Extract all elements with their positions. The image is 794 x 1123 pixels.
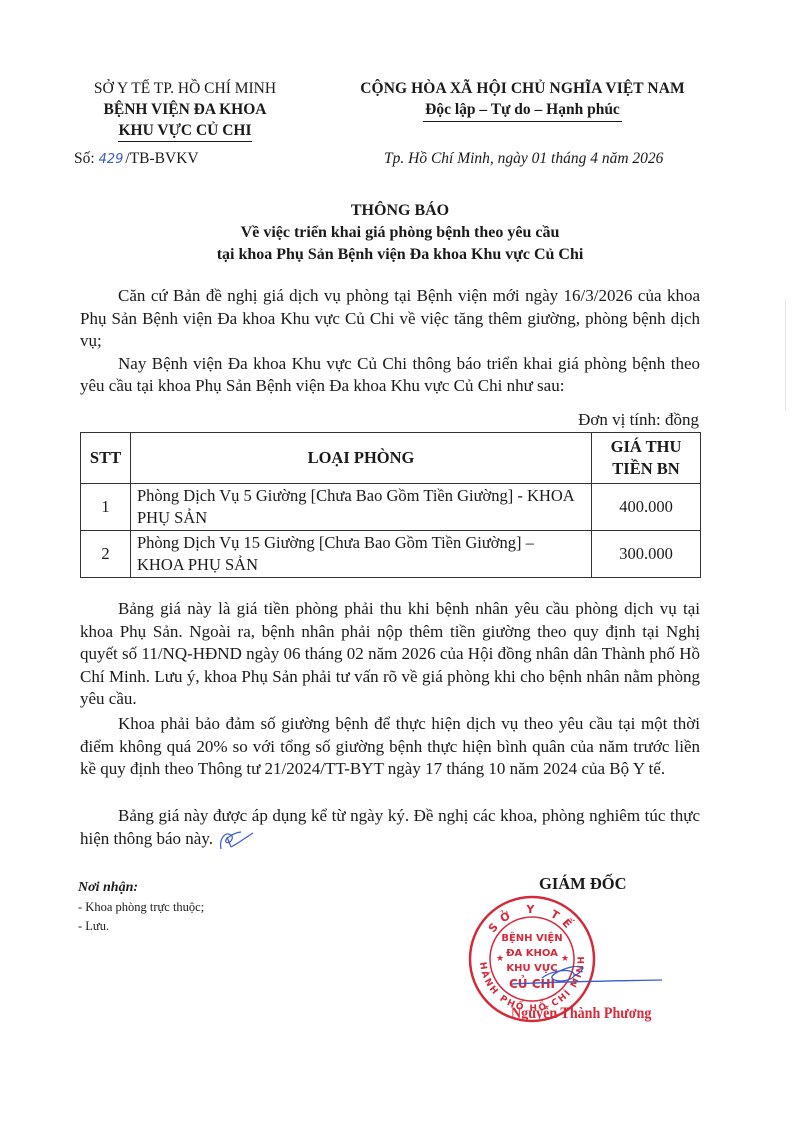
svg-text:★: ★ [561,953,569,963]
hospital-name-line1: BỆNH VIỆN ĐA KHOA [70,99,300,120]
paragraph-bed-limit: Khoa phải bảo đảm số giường bệnh để thực… [80,713,700,781]
signer-name: Nguyễn Thành Phương [511,1005,651,1023]
svg-text:BỆNH VIỆN: BỆNH VIỆN [501,931,562,944]
header-price: GIÁ THU TIỀN BN [592,433,701,484]
unit-label: Đơn vị tính: đồng [578,410,699,430]
nation-name: CỘNG HÒA XÃ HỘI CHỦ NGHĨA VIỆT NAM [315,78,730,99]
row-stt: 2 [81,531,131,578]
header-price-line1: GIÁ THU [611,437,682,456]
table-row: 1 Phòng Dịch Vụ 5 Giường [Chưa Bao Gồm T… [81,484,701,531]
national-header: CỘNG HÒA XÃ HỘI CHỦ NGHĨA VIỆT NAM Độc l… [315,78,730,122]
paragraph-price-note: Bảng giá này là giá tiền phòng phải thu … [80,598,700,711]
doc-number-suffix: /TB-BVKV [125,150,198,167]
recipients-label: Nơi nhận: [78,878,204,898]
header-stt: STT [81,433,131,484]
document-type: THÔNG BÁO [100,200,700,222]
doc-number-handwritten: 429 [99,152,124,167]
row-price: 400.000 [592,484,701,531]
subject-line2: tại khoa Phụ Sản Bệnh viện Đa khoa Khu v… [100,244,700,266]
paragraph-price-note-block: Bảng giá này là giá tiền phòng phải thu … [80,598,700,711]
svg-text:ĐA KHOA: ĐA KHOA [506,948,558,959]
national-motto: Độc lập – Tự do – Hạnh phúc [423,99,622,122]
doc-number-label: Số: [74,150,95,167]
paragraph-basis: Căn cứ Bản đề nghị giá dịch vụ phòng tại… [80,285,700,353]
header-price-line2: TIỀN BN [612,459,679,478]
paragraph-effective: Bảng giá này được áp dụng kể từ ngày ký.… [80,805,700,851]
signature-scribble-icon [512,966,662,996]
handwritten-initials-icon [217,829,257,851]
paragraph-effective-block: Bảng giá này được áp dụng kể từ ngày ký.… [80,805,700,851]
issuer-block: SỞ Y TẾ TP. HỒ CHÍ MINH BỆNH VIỆN ĐA KHO… [70,78,300,142]
paragraph-announcement: Nay Bệnh viện Đa khoa Khu vực Củ Chi thô… [80,353,700,398]
paragraph-bed-limit-block: Khoa phải bảo đảm số giường bệnh để thực… [80,713,700,781]
hospital-name-line2: KHU VỰC CỦ CHI [118,120,251,142]
recipient-item: - Khoa phòng trực thuộc; [78,898,204,917]
row-room-type: Phòng Dịch Vụ 5 Giường [Chưa Bao Gồm Tiề… [131,484,592,531]
table-row: 2 Phòng Dịch Vụ 15 Giường [Chưa Bao Gồm … [81,531,701,578]
document-title: THÔNG BÁO Về việc triển khai giá phòng b… [100,200,700,266]
recipient-item: - Lưu. [78,917,204,936]
paragraph-effective-text: Bảng giá này được áp dụng kể từ ngày ký.… [80,806,700,848]
subject-line1: Về việc triển khai giá phòng bệnh theo y… [100,222,700,244]
recipients-block: Nơi nhận: - Khoa phòng trực thuộc; - Lưu… [78,878,204,936]
document-page: SỞ Y TẾ TP. HỒ CHÍ MINH BỆNH VIỆN ĐA KHO… [0,0,794,1123]
row-room-type: Phòng Dịch Vụ 15 Giường [Chưa Bao Gồm Ti… [131,531,592,578]
row-stt: 1 [81,484,131,531]
document-number: Số: 429/TB-BVKV [74,150,199,168]
table-header-row: STT LOẠI PHÒNG GIÁ THU TIỀN BN [81,433,701,484]
svg-text:★: ★ [496,953,504,963]
place-date: Tp. Hồ Chí Minh, ngày 01 tháng 4 năm 202… [384,150,663,168]
price-table: STT LOẠI PHÒNG GIÁ THU TIỀN BN 1 Phòng D… [80,432,701,578]
intro-paragraphs: Căn cứ Bản đề nghị giá dịch vụ phòng tại… [80,285,700,398]
header-room-type: LOẠI PHÒNG [131,433,592,484]
department-name: SỞ Y TẾ TP. HỒ CHÍ MINH [70,78,300,99]
signer-title: GIÁM ĐỐC [539,874,627,894]
row-price: 300.000 [592,531,701,578]
scan-edge [785,300,786,410]
